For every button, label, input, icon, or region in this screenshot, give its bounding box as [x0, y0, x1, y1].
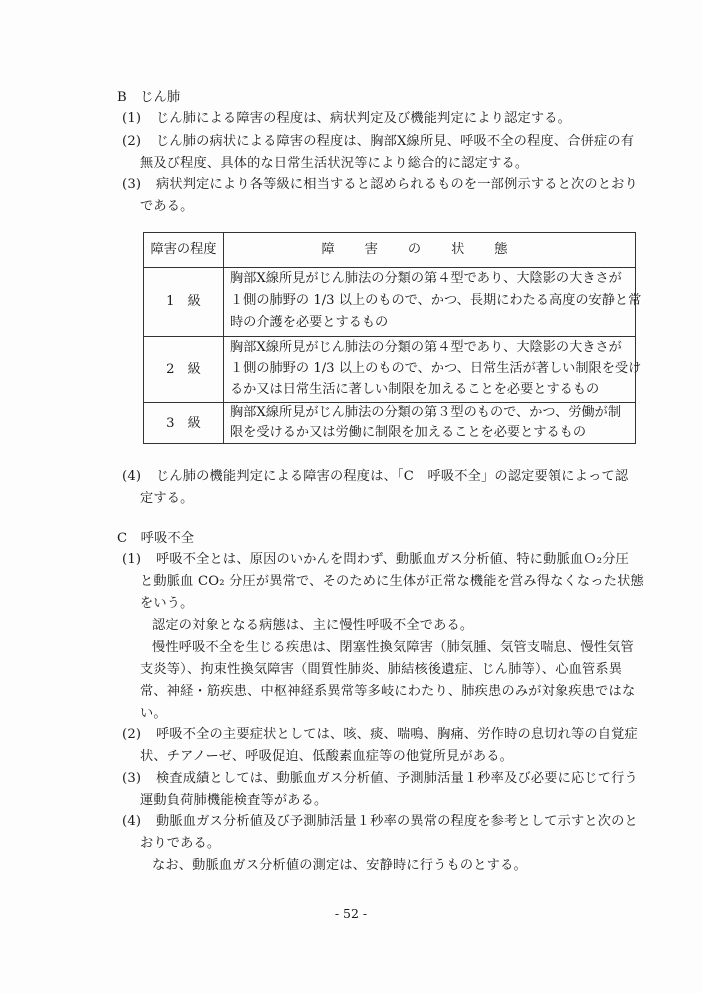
grade-1-desc: １側の肺野の 1/3 以上のもので、かつ、長期にわたる高度の安静と常 — [230, 290, 641, 312]
grade-2-desc: 胸部X線所見がじん肺法の分類の第４型であり、大陰影の大きさが — [230, 337, 622, 359]
grade-2-desc: るか又は日常生活に著しい制限を加えることを必要とするもの — [230, 379, 599, 401]
paragraph-line: 無及び程度、具体的な日常生活状況等により総合的に認定する。 — [140, 156, 528, 172]
page-number: - 52 - — [0, 906, 702, 921]
paragraph-line: じん肺の病状による障害の程度は、胸部X線所見、呼吸不全の程度、合併症の有 — [156, 134, 634, 150]
paragraph-line: じん肺の機能判定による障害の程度は、「C 呼吸不全」の認定要領によって認 — [156, 469, 628, 485]
paragraph-line: 病状判定により各等級に相当すると認められるものを一部例示すると次のとおり — [156, 177, 638, 193]
paragraph-line: 呼吸不全の主要症状としては、咳、痰、喘鳴、胸痛、労作時の息切れ等の自覚症 — [156, 727, 638, 743]
paragraph-line: 運動負荷肺機能検査等がある。 — [140, 793, 327, 809]
item-number: (1) — [122, 552, 141, 568]
item-number: (4) — [122, 469, 141, 485]
column-divider — [223, 233, 224, 443]
paragraph-line: をいう。 — [140, 596, 194, 612]
paragraph-line: 定する。 — [140, 491, 194, 507]
paragraph-line: い。 — [140, 706, 167, 722]
paragraph-line: 状、チアノーゼ、呼吸促迫、低酸素血症等の他覚所見がある。 — [140, 749, 513, 765]
paragraph-line: 認定の対象となる病態は、主に慢性呼吸不全である。 — [152, 618, 473, 634]
grade-2-desc: １側の肺野の 1/3 以上のもので、かつ、日常生活が著しい制限を受け — [230, 358, 641, 380]
grade-1: 1 級 — [144, 291, 223, 313]
paragraph-line: である。 — [140, 199, 194, 215]
section-c-heading: C 呼吸不全 — [117, 531, 194, 547]
item-number: (3) — [122, 771, 141, 787]
paragraph-line: おりである。 — [140, 836, 220, 852]
paragraph-line: 動脈血ガス分析値及び予測肺活量１秒率の異常の程度を参考として示すと次のと — [156, 814, 638, 830]
paragraph-line: と動脈血 CO₂ 分圧が異常で、そのために生体が正常な機能を営み得なくなった状態 — [140, 574, 644, 590]
grade-3-desc: 限を受けるか又は労働に制限を加えることを必要とするもの — [230, 422, 586, 444]
paragraph-line: 支炎等）、拘束性換気障害（間質性肺炎、肺結核後遺症、じん肺等）、心血管系異 — [140, 662, 622, 678]
grade-2: 2 級 — [144, 359, 223, 381]
grade-1-desc: 胸部X線所見がじん肺法の分類の第４型であり、大陰影の大きさが — [230, 268, 622, 290]
header-state: 障害の状態 — [224, 239, 635, 261]
section-b-heading: B じん肺 — [117, 90, 180, 106]
item-number: (1) — [122, 111, 141, 127]
item-number: (4) — [122, 814, 141, 830]
paragraph-line: 常、神経・筋疾患、中枢神経系異常等多岐にわたり、肺疾患のみが対象疾患ではな — [140, 684, 635, 700]
item-number: (3) — [122, 177, 141, 193]
grade-3-desc: 胸部X線所見がじん肺法の分類の第３型のもので、かつ、労働が制 — [230, 402, 621, 424]
paragraph-line: なお、動脈血ガス分析値の測定は、安静時に行うものとする。 — [152, 858, 527, 874]
disability-grade-table: 障害の程度 障害の状態 1 級 胸部X線所見がじん肺法の分類の第４型であり、大陰… — [143, 232, 636, 444]
grade-3: 3 級 — [144, 413, 223, 435]
item-number: (2) — [122, 134, 141, 150]
document-page: B じん肺 (1) じん肺による障害の程度は、病状判定及び機能判定により認定する… — [0, 0, 702, 993]
grade-1-desc: 時の介護を必要とするもの — [230, 312, 388, 334]
paragraph-line: 検査成績としては、動脈血ガス分析値、予測肺活量１秒率及び必要に応じて行う — [156, 771, 638, 787]
item-number: (2) — [122, 727, 141, 743]
header-grade: 障害の程度 — [144, 239, 223, 261]
paragraph-line: じん肺による障害の程度は、病状判定及び機能判定により認定する。 — [156, 111, 571, 127]
paragraph-line: 慢性呼吸不全を生じる疾患は、閉塞性換気障害（肺気腫、気管支喘息、慢性気管 — [152, 640, 634, 656]
paragraph-line: 呼吸不全とは、原因のいかんを問わず、動脈血ガス分析値、特に動脈血Ｏ₂分圧 — [156, 552, 629, 568]
